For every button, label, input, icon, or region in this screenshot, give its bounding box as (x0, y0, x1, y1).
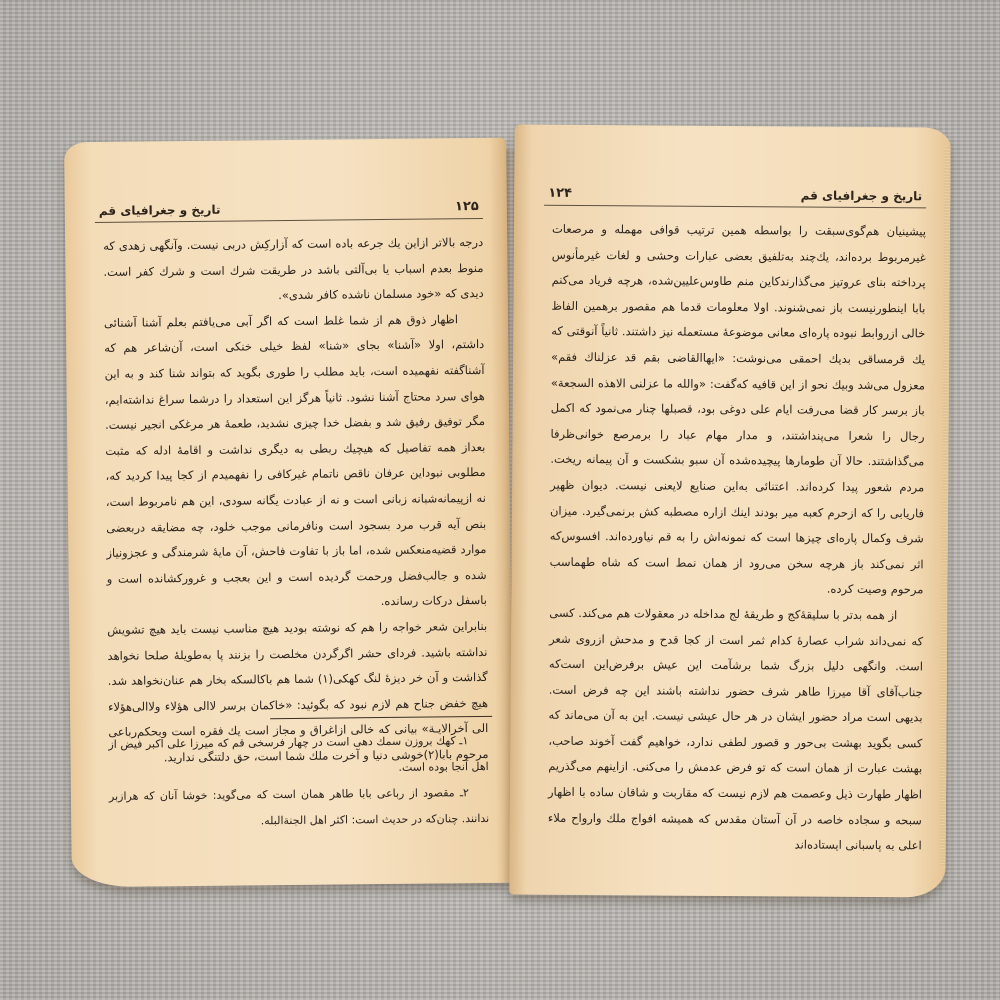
right-page-body: پیشینیان هم‌گوی‌سبقت را بواسطه همین ترتی… (548, 217, 926, 859)
paragraph: درجه بالاتر ازاین یك جرعه باده است که آز… (103, 230, 484, 311)
running-title: تاریخ و جغرافیای قم (99, 203, 221, 218)
right-page-header: ۱۲۴ تاریخ و جغرافیای قم (548, 175, 922, 204)
paragraph: پیشینیان هم‌گوی‌سبقت را بواسطه همین ترتی… (549, 217, 926, 604)
page-edges (940, 147, 951, 867)
footnote: ۱ـ کهك بروزن سمك دهی است در چهار فرسخی ق… (108, 728, 489, 784)
left-page-header: تاریخ و جغرافیای قم ۱۲۵ (99, 188, 479, 218)
left-page-body: درجه بالاتر ازاین یك جرعه باده است که آز… (103, 230, 489, 771)
paragraph: اظهار ذوق هم از شما غلط است که اگر آبی م… (104, 307, 487, 618)
header-rule (95, 218, 483, 223)
open-book: تاریخ و جغرافیای قم ۱۲۵ درجه بالاتر ازای… (0, 0, 1000, 1000)
left-page: تاریخ و جغرافیای قم ۱۲۵ درجه بالاتر ازای… (64, 138, 514, 888)
running-title: تاریخ و جغرافیای قم (801, 188, 923, 203)
paragraph: از همه بدتر با سلیقهٔ‌کج و طریقهٔ لج مدا… (548, 601, 924, 860)
footnote: ۲ـ مقصود از رباعی بابا طاهر همان است که … (109, 780, 490, 836)
page-number: ۱۲۴ (548, 186, 572, 201)
page-number: ۱۲۵ (455, 199, 479, 214)
right-page: ۱۲۴ تاریخ و جغرافیای قم پیشینیان هم‌گوی‌… (509, 124, 950, 897)
footnotes: ۱ـ کهك بروزن سمك دهی است در چهار فرسخی ق… (108, 728, 489, 836)
header-rule (544, 205, 926, 209)
